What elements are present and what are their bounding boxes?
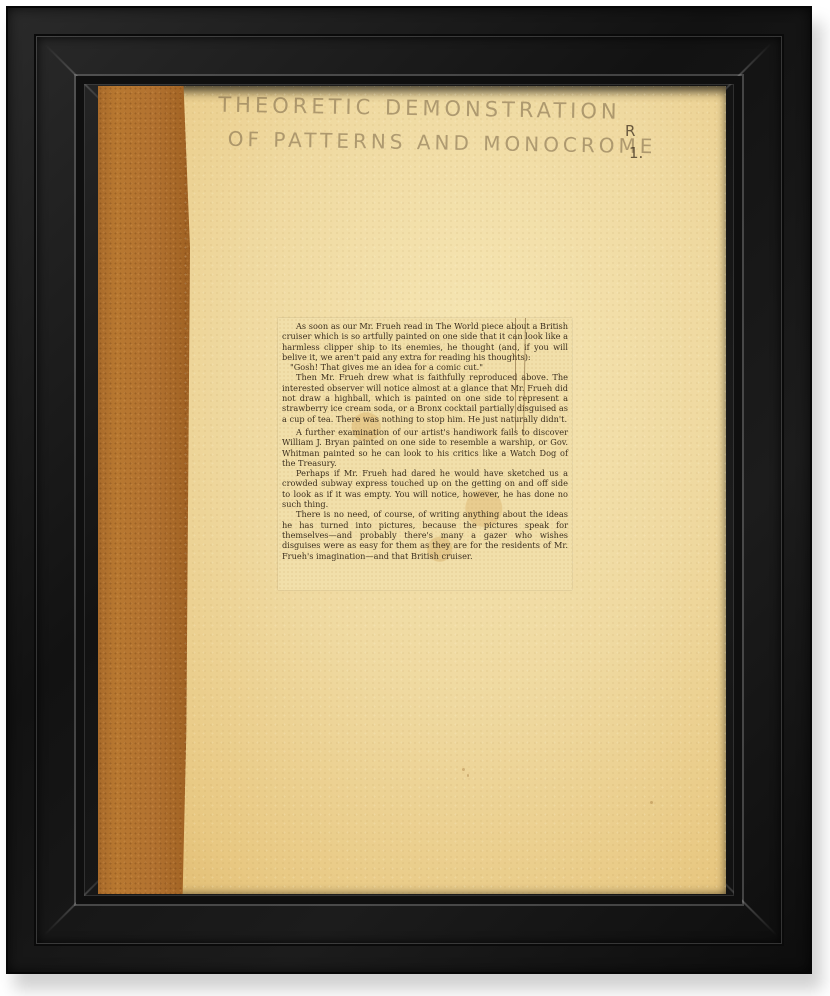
paper-spot	[462, 768, 465, 771]
clipping-paragraph: There is no need, of course, of writing …	[282, 509, 568, 560]
annotation-1: 1.	[629, 144, 643, 162]
paper-spot	[467, 774, 469, 777]
paper-spot	[650, 801, 653, 804]
brown-paper-strip	[98, 86, 190, 894]
artwork-canvas: THEORETIC DEMONSTRATION OF PATTERNS AND …	[98, 86, 726, 894]
clipping-paragraph: Then Mr. Frueh drew what is faithfully r…	[282, 372, 568, 423]
clipping-tear-line	[515, 318, 516, 433]
clipping-paragraph: A further examination of our artist's ha…	[282, 427, 568, 468]
newspaper-clipping: As soon as our Mr. Frueh read in The Wor…	[278, 318, 572, 590]
handwritten-title: THEORETIC DEMONSTRATION OF PATTERNS AND …	[217, 88, 718, 165]
annotation-r: R	[625, 122, 635, 140]
clipping-paragraph: Perhaps if Mr. Frueh had dared he would …	[282, 468, 568, 509]
